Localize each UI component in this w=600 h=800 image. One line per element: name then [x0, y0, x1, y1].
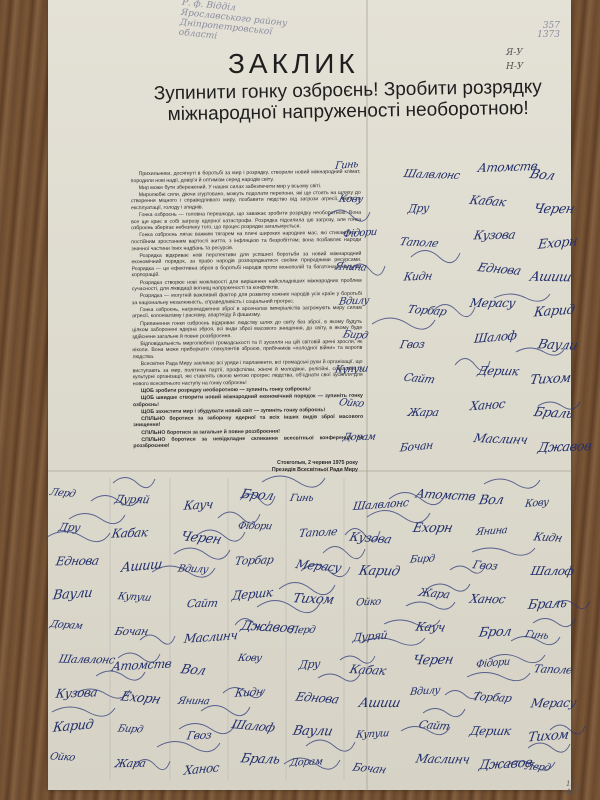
signature: Сайт — [417, 718, 451, 733]
signature: Дорам — [48, 619, 83, 632]
signature: Кову — [338, 194, 364, 205]
signature: Жара — [407, 406, 440, 419]
signature: Фідори — [237, 521, 273, 533]
signature: Жара — [417, 586, 451, 601]
signature: Ашиш — [528, 270, 572, 286]
signature: Кову — [524, 497, 549, 510]
signature: Браль — [532, 405, 574, 422]
signature: Дершк — [469, 724, 513, 738]
signoff: Стокгольм, 2 червня 1975 року Президія В… — [248, 460, 358, 474]
signature: Купуш — [334, 363, 369, 375]
signature: Дорам — [289, 756, 323, 768]
signature: Вдилу — [338, 295, 370, 308]
signature: Джавов — [537, 439, 593, 456]
signature: Шалоф — [530, 564, 576, 578]
signature: Торбар — [234, 553, 275, 567]
signature: Янина — [475, 525, 508, 538]
signature: Ойко — [49, 751, 77, 763]
signature: Брол — [239, 487, 275, 504]
signature: Ойко — [355, 597, 382, 609]
signature: Еднова — [55, 554, 100, 569]
signature: Ханос — [469, 397, 506, 414]
signature: Кабак — [348, 662, 387, 678]
signature: Кову — [237, 653, 263, 664]
signature: Брол — [478, 624, 513, 640]
signature: Дру — [57, 521, 81, 535]
document-subtitle: Зупинити гонку озброєнь! Зробити розрядк… — [128, 76, 569, 126]
paragraph: СПІЛЬНО боротися за невідкладне скликанн… — [133, 434, 363, 450]
signature: Черен — [532, 202, 575, 217]
signature: Бочан — [351, 761, 388, 777]
paragraph: Розрядка відкриває нові перспективи для … — [131, 250, 361, 279]
signature: Ойко — [337, 397, 365, 410]
signature: Ваули — [536, 337, 579, 353]
signature: Таполе — [532, 662, 573, 676]
signature: Вдилу — [177, 564, 209, 576]
signature: Янина — [177, 696, 211, 708]
signature: Жара — [114, 757, 147, 771]
document-title: ЗАКЛИК — [228, 48, 359, 80]
paragraph: Гонка озброєнь лягає важким тягарем на п… — [131, 230, 361, 252]
signature: Джавов — [239, 619, 296, 637]
signature: Кабак — [468, 193, 507, 209]
signature: Кауч — [183, 497, 214, 513]
signature: Ханос — [468, 592, 506, 607]
signature: Сайт — [186, 597, 219, 611]
signature: Ехорн — [411, 521, 453, 536]
signature: Бирд — [342, 329, 369, 341]
signature: Ашиш — [357, 696, 401, 711]
signature: Купуш — [355, 728, 389, 741]
signature: Кузова — [55, 685, 99, 701]
signature: Вдилу — [409, 685, 440, 698]
page-number: 151 413 — [566, 780, 579, 796]
paragraph: Припинення гонки озброєнь відкриває людс… — [132, 318, 362, 340]
signature: Кауч — [414, 620, 446, 635]
signature: Кузова — [348, 530, 393, 547]
signature: Бирд — [117, 724, 144, 736]
signature: Ехорн — [537, 234, 578, 253]
signature: Гвоз — [471, 558, 499, 572]
signature: Карид — [357, 564, 401, 580]
signature: Мерасу — [469, 296, 517, 310]
signature: Атомств — [477, 159, 539, 175]
signature: Таполе — [298, 525, 338, 540]
archive-note: Р. ф. Відділ Ярославського району Дніпро… — [178, 0, 302, 50]
paragraph: Миролюбні сили, діючи згуртовано, можуть… — [131, 190, 361, 212]
signature: Гинь — [523, 629, 549, 642]
signature: Тихом — [291, 591, 335, 607]
signature: Ваули — [52, 586, 93, 604]
signature: Тихом — [529, 371, 572, 388]
paragraph: Гонка озброєнь — головна перешкода, що з… — [131, 210, 361, 232]
appeal-body-text: Прихильники, досягнуті в боротьбі за мир… — [131, 169, 364, 451]
signature: Вол — [179, 662, 207, 678]
signature: Гинь — [289, 493, 314, 504]
signature: Вол — [478, 493, 505, 508]
signature: Кузова — [473, 228, 517, 243]
archive-number: 357 1373 — [500, 22, 560, 40]
signature: Дру — [298, 657, 321, 672]
signature: Кабак — [111, 525, 149, 540]
signature: Гвоз — [186, 729, 213, 743]
signature: Гвоз — [399, 338, 426, 351]
signature: Тихом — [527, 727, 570, 745]
signature: Бочан — [114, 625, 150, 638]
signature: Дру — [407, 201, 430, 215]
signature: Дершк — [476, 364, 520, 379]
signature: Сайт — [402, 371, 436, 386]
signature: Маслинч — [472, 431, 529, 447]
signature: Таполе — [398, 235, 440, 250]
signature: Браль — [527, 596, 568, 613]
signature: Дуряй — [114, 493, 151, 507]
signature: Браль — [239, 751, 281, 767]
signature: Бирд — [409, 553, 435, 565]
signature: Ваули — [291, 724, 333, 740]
signature: Вол — [528, 167, 557, 184]
archive-side-note: Я-У Н-У — [506, 46, 536, 74]
signature: Кидн — [532, 530, 563, 544]
signature: Шалвлонс — [402, 167, 461, 182]
paragraph: Всесвітня Рада Миру закликає всі уряди і… — [133, 359, 363, 388]
signature: Торбар — [471, 690, 513, 705]
signature: Янина — [334, 262, 368, 274]
signature: Мерасу — [530, 696, 578, 711]
signature: Черен — [412, 653, 455, 669]
signature: Гинь — [334, 159, 358, 172]
signature: Карид — [533, 303, 575, 321]
signature: Маслинч — [414, 752, 471, 767]
signature: Лерд — [289, 625, 316, 636]
signature: Лерд — [523, 761, 551, 774]
signature: Шалвлонс — [58, 653, 117, 667]
signature: Торбар — [406, 303, 448, 318]
signature: Кидн — [403, 269, 433, 283]
signature: Дорам — [342, 432, 376, 444]
paragraph: Відповідальність мирголюбної громадськос… — [132, 339, 362, 361]
signature: Купуш — [117, 591, 153, 604]
signature: Кидн — [234, 685, 264, 700]
signature: Еднова — [294, 690, 340, 707]
signature: Лерд — [48, 487, 76, 500]
